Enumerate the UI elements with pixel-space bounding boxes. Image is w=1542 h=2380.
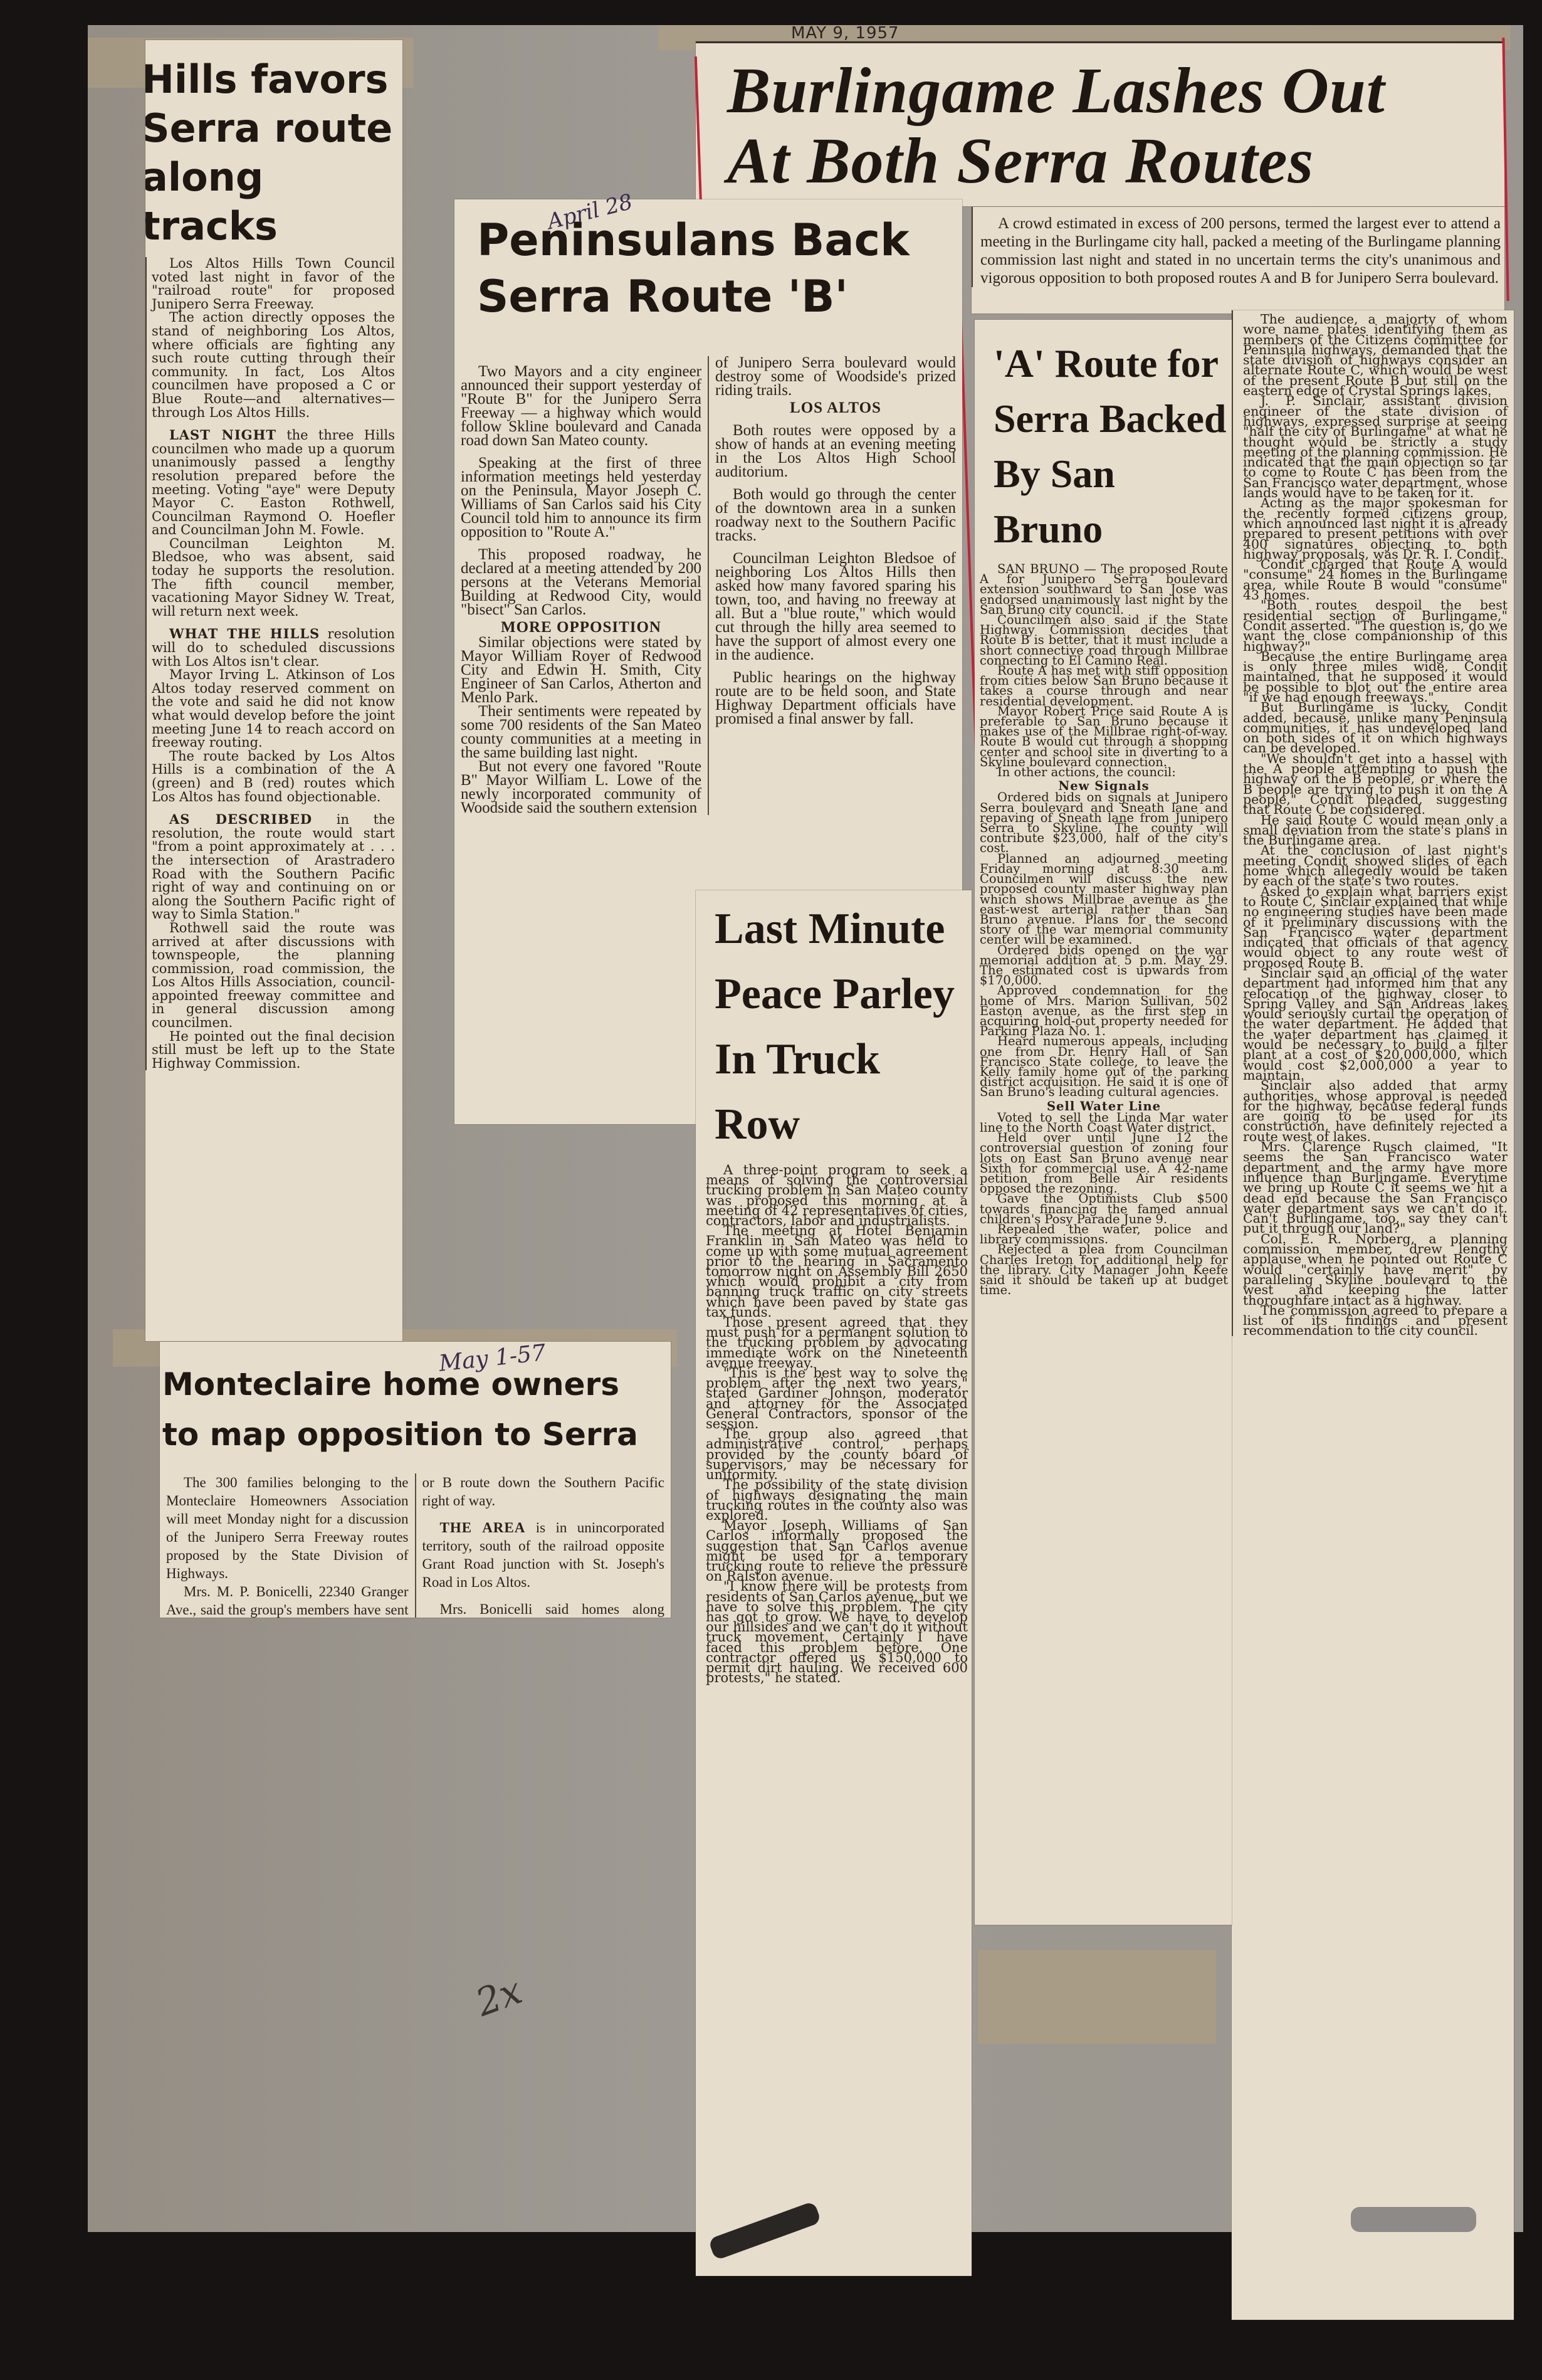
- article-body: The audience, a majorty of whom wore nam…: [1232, 310, 1514, 1336]
- paragraph: Speaking at the first of three informati…: [461, 456, 701, 539]
- paragraph: Ordered bids on signals at Junipero Serr…: [980, 792, 1228, 853]
- paragraph: "This is the best way to solve the probl…: [706, 1368, 968, 1429]
- paragraph: Asked to explain what barriers exist to …: [1243, 887, 1508, 968]
- paragraph: Both routes were opposed by a show of ha…: [715, 424, 956, 479]
- dateline: MAY 9, 1957: [791, 24, 899, 43]
- paragraph: Ordered bids opened on the war memorial …: [980, 945, 1228, 986]
- paragraph: "I know there will be protests from resi…: [706, 1581, 968, 1683]
- paragraph: The 300 families belonging to the Montec…: [166, 1473, 409, 1582]
- clipping-burlingame-headline: Burlingame Lashes Out At Both Serra Rout…: [696, 41, 1504, 206]
- paragraph: He pointed out the final decision still …: [152, 1030, 395, 1071]
- paragraph-lead: LAST NIGHT: [169, 427, 276, 443]
- paragraph: Los Altos Hills Town Council voted last …: [152, 257, 395, 311]
- paragraph: of Junipero Serra boulevard would destro…: [715, 356, 956, 398]
- paragraph: Councilman Leighton Bledsoe of neighbori…: [715, 552, 956, 662]
- article-body: The 300 families belonging to the Montec…: [160, 1473, 671, 1618]
- paragraph: At the conclusion of last night's meetin…: [1243, 845, 1508, 886]
- article-body: SAN BRUNO — The proposed Route A for Jun…: [975, 557, 1232, 1295]
- article-body: Los Altos Hills Town Council voted last …: [145, 257, 395, 1070]
- paragraph: Route A has met with stiff opposition fr…: [980, 666, 1228, 707]
- paragraph: But Burlingame is lucky, Condit added, b…: [1243, 702, 1508, 753]
- paragraph: Held over until June 12 the controversia…: [980, 1133, 1228, 1194]
- paragraph: The group also agreed that administrativ…: [706, 1429, 968, 1480]
- headline: Burlingame Lashes Out At Both Serra Rout…: [696, 43, 1504, 196]
- paragraph: Rothwell said the route was arrived at a…: [152, 922, 395, 1030]
- paragraph: Acting as the major spokesman for the re…: [1243, 498, 1508, 559]
- paragraph: Mrs. M. P. Bonicelli, 22340 Granger Ave.…: [166, 1582, 409, 1618]
- paragraph: Councilman Leighton M. Bledsoe, who was …: [152, 537, 395, 619]
- article-body: A three-point program to seek a means of…: [696, 1157, 972, 1683]
- paragraph: Public hearings on the highway route are…: [715, 671, 956, 726]
- paragraph: Two Mayors and a city engineer announced…: [461, 365, 701, 448]
- paragraph: Planned an adjourned meeting Friday morn…: [980, 854, 1228, 945]
- paragraph: WHAT THE HILLS resolution will do to sch…: [152, 627, 395, 668]
- paragraph: Heard numerous appeals, including one fr…: [980, 1036, 1228, 1097]
- paragraph: Both would go through the center of the …: [715, 488, 956, 543]
- paragraph: In other actions, the council:: [980, 767, 1228, 777]
- headline: Monteclaire home owners to map oppositio…: [160, 1342, 671, 1460]
- paragraph: Mayor Robert Price said Route A is prefe…: [980, 707, 1228, 767]
- paragraph: Mayor Joseph Williams of San Carlos info…: [706, 1520, 968, 1581]
- subhead: LOS ALTOS: [715, 401, 956, 415]
- paragraph: Sinclair also added that army authoritie…: [1243, 1080, 1508, 1142]
- paragraph: AS DESCRIBED in the resolution, the rout…: [152, 813, 395, 922]
- paragraph: A three-point program to seek a means of…: [706, 1165, 968, 1226]
- paragraph: Mrs. Bonicelli said homes along Granger …: [422, 1600, 665, 1618]
- paragraph: Sinclair said an official of the water d…: [1243, 968, 1508, 1080]
- paragraph: Their sentiments were repeated by some 7…: [461, 705, 701, 760]
- paragraph: Mrs. Clarence Rusch claimed, "It seems t…: [1243, 1142, 1508, 1234]
- paragraph-lead: WHAT THE HILLS: [169, 626, 320, 641]
- paragraph: THE AREA is in unincorporated territory,…: [422, 1519, 665, 1591]
- paragraph: Col. E. R. Norberg, a planning commissio…: [1243, 1234, 1508, 1305]
- clipping-burlingame-lede: A crowd estimated in excess of 200 perso…: [972, 207, 1504, 313]
- paragraph: LAST NIGHT the three Hills councilmen wh…: [152, 428, 395, 537]
- paragraph: "We shouldn't get into a hassel with the…: [1243, 754, 1508, 815]
- paragraph: The meeting at Hotel Benjamin Franklin i…: [706, 1226, 968, 1317]
- paragraph: But not every one favored "Route B" Mayo…: [461, 760, 701, 815]
- paragraph: SAN BRUNO — The proposed Route A for Jun…: [980, 564, 1228, 615]
- article-body: Two Mayors and a city engineer announced…: [454, 356, 962, 815]
- subhead: MORE OPPOSITION: [461, 621, 701, 634]
- paragraph: Those present agreed that they must push…: [706, 1317, 968, 1368]
- clipping-peace-parley-truck-row: Last Minute Peace Parley In Truck Row A …: [696, 890, 972, 2276]
- clipping-hills-favors-serra-route: Hills favors Serra route along tracks Lo…: [145, 40, 402, 1341]
- paragraph: Condit charged that Route A would "consu…: [1243, 559, 1508, 600]
- paragraph: or B route down the Southern Pacific rig…: [422, 1473, 665, 1510]
- paragraph: The commission agreed to prepare a list …: [1243, 1305, 1508, 1336]
- paragraph: The audience, a majorty of whom wore nam…: [1243, 314, 1508, 396]
- paragraph: Rejected a plea from Councilman Charles …: [980, 1245, 1228, 1295]
- paragraph: Councilmen also said if the State Highwa…: [980, 615, 1228, 666]
- paragraph: Gave the Optimists Club $500 towards fin…: [980, 1194, 1228, 1224]
- headline: Hills favors Serra route along tracks: [145, 55, 395, 251]
- paragraph: This proposed roadway, he declared at a …: [461, 548, 701, 617]
- article-lede: A crowd estimated in excess of 200 perso…: [972, 207, 1504, 287]
- paragraph: He said Route C would mean only a small …: [1243, 815, 1508, 846]
- paragraph: "Both routes despoil the best residentia…: [1243, 600, 1508, 651]
- binder-clip: [1351, 2207, 1476, 2232]
- paragraph: The action directly opposes the stand of…: [152, 311, 395, 419]
- clipping-monteclaire-home-owners: Monteclaire home owners to map oppositio…: [160, 1342, 671, 1618]
- paragraph-lead: THE AREA: [440, 1520, 526, 1535]
- paragraph: Because the entire Burlingame area is on…: [1243, 651, 1508, 702]
- headline: 'A' Route for Serra Backed By San Bruno: [975, 320, 1232, 557]
- paragraph: The route backed by Los Altos Hills is a…: [152, 750, 395, 804]
- paragraph: Similar objections were stated by Mayor …: [461, 636, 701, 705]
- clipping-burlingame-column: The audience, a majorty of whom wore nam…: [1232, 310, 1514, 2320]
- headline: Peninsulans Back Serra Route 'B': [454, 199, 962, 325]
- paragraph-lead: AS DESCRIBED: [169, 811, 312, 827]
- paragraph: J. P. Sinclair, assistant division engin…: [1243, 396, 1508, 498]
- paragraph: The possibility of the state division of…: [706, 1480, 968, 1520]
- paragraph: Approved condemnation for the home of Mr…: [980, 986, 1228, 1036]
- tape-strip: [978, 1950, 1216, 2044]
- clipping-a-route-backed-by-san-bruno: 'A' Route for Serra Backed By San Bruno …: [975, 320, 1232, 1925]
- headline: Last Minute Peace Parley In Truck Row: [696, 890, 972, 1157]
- paragraph: Mayor Irving L. Atkinson of Los Altos to…: [152, 668, 395, 750]
